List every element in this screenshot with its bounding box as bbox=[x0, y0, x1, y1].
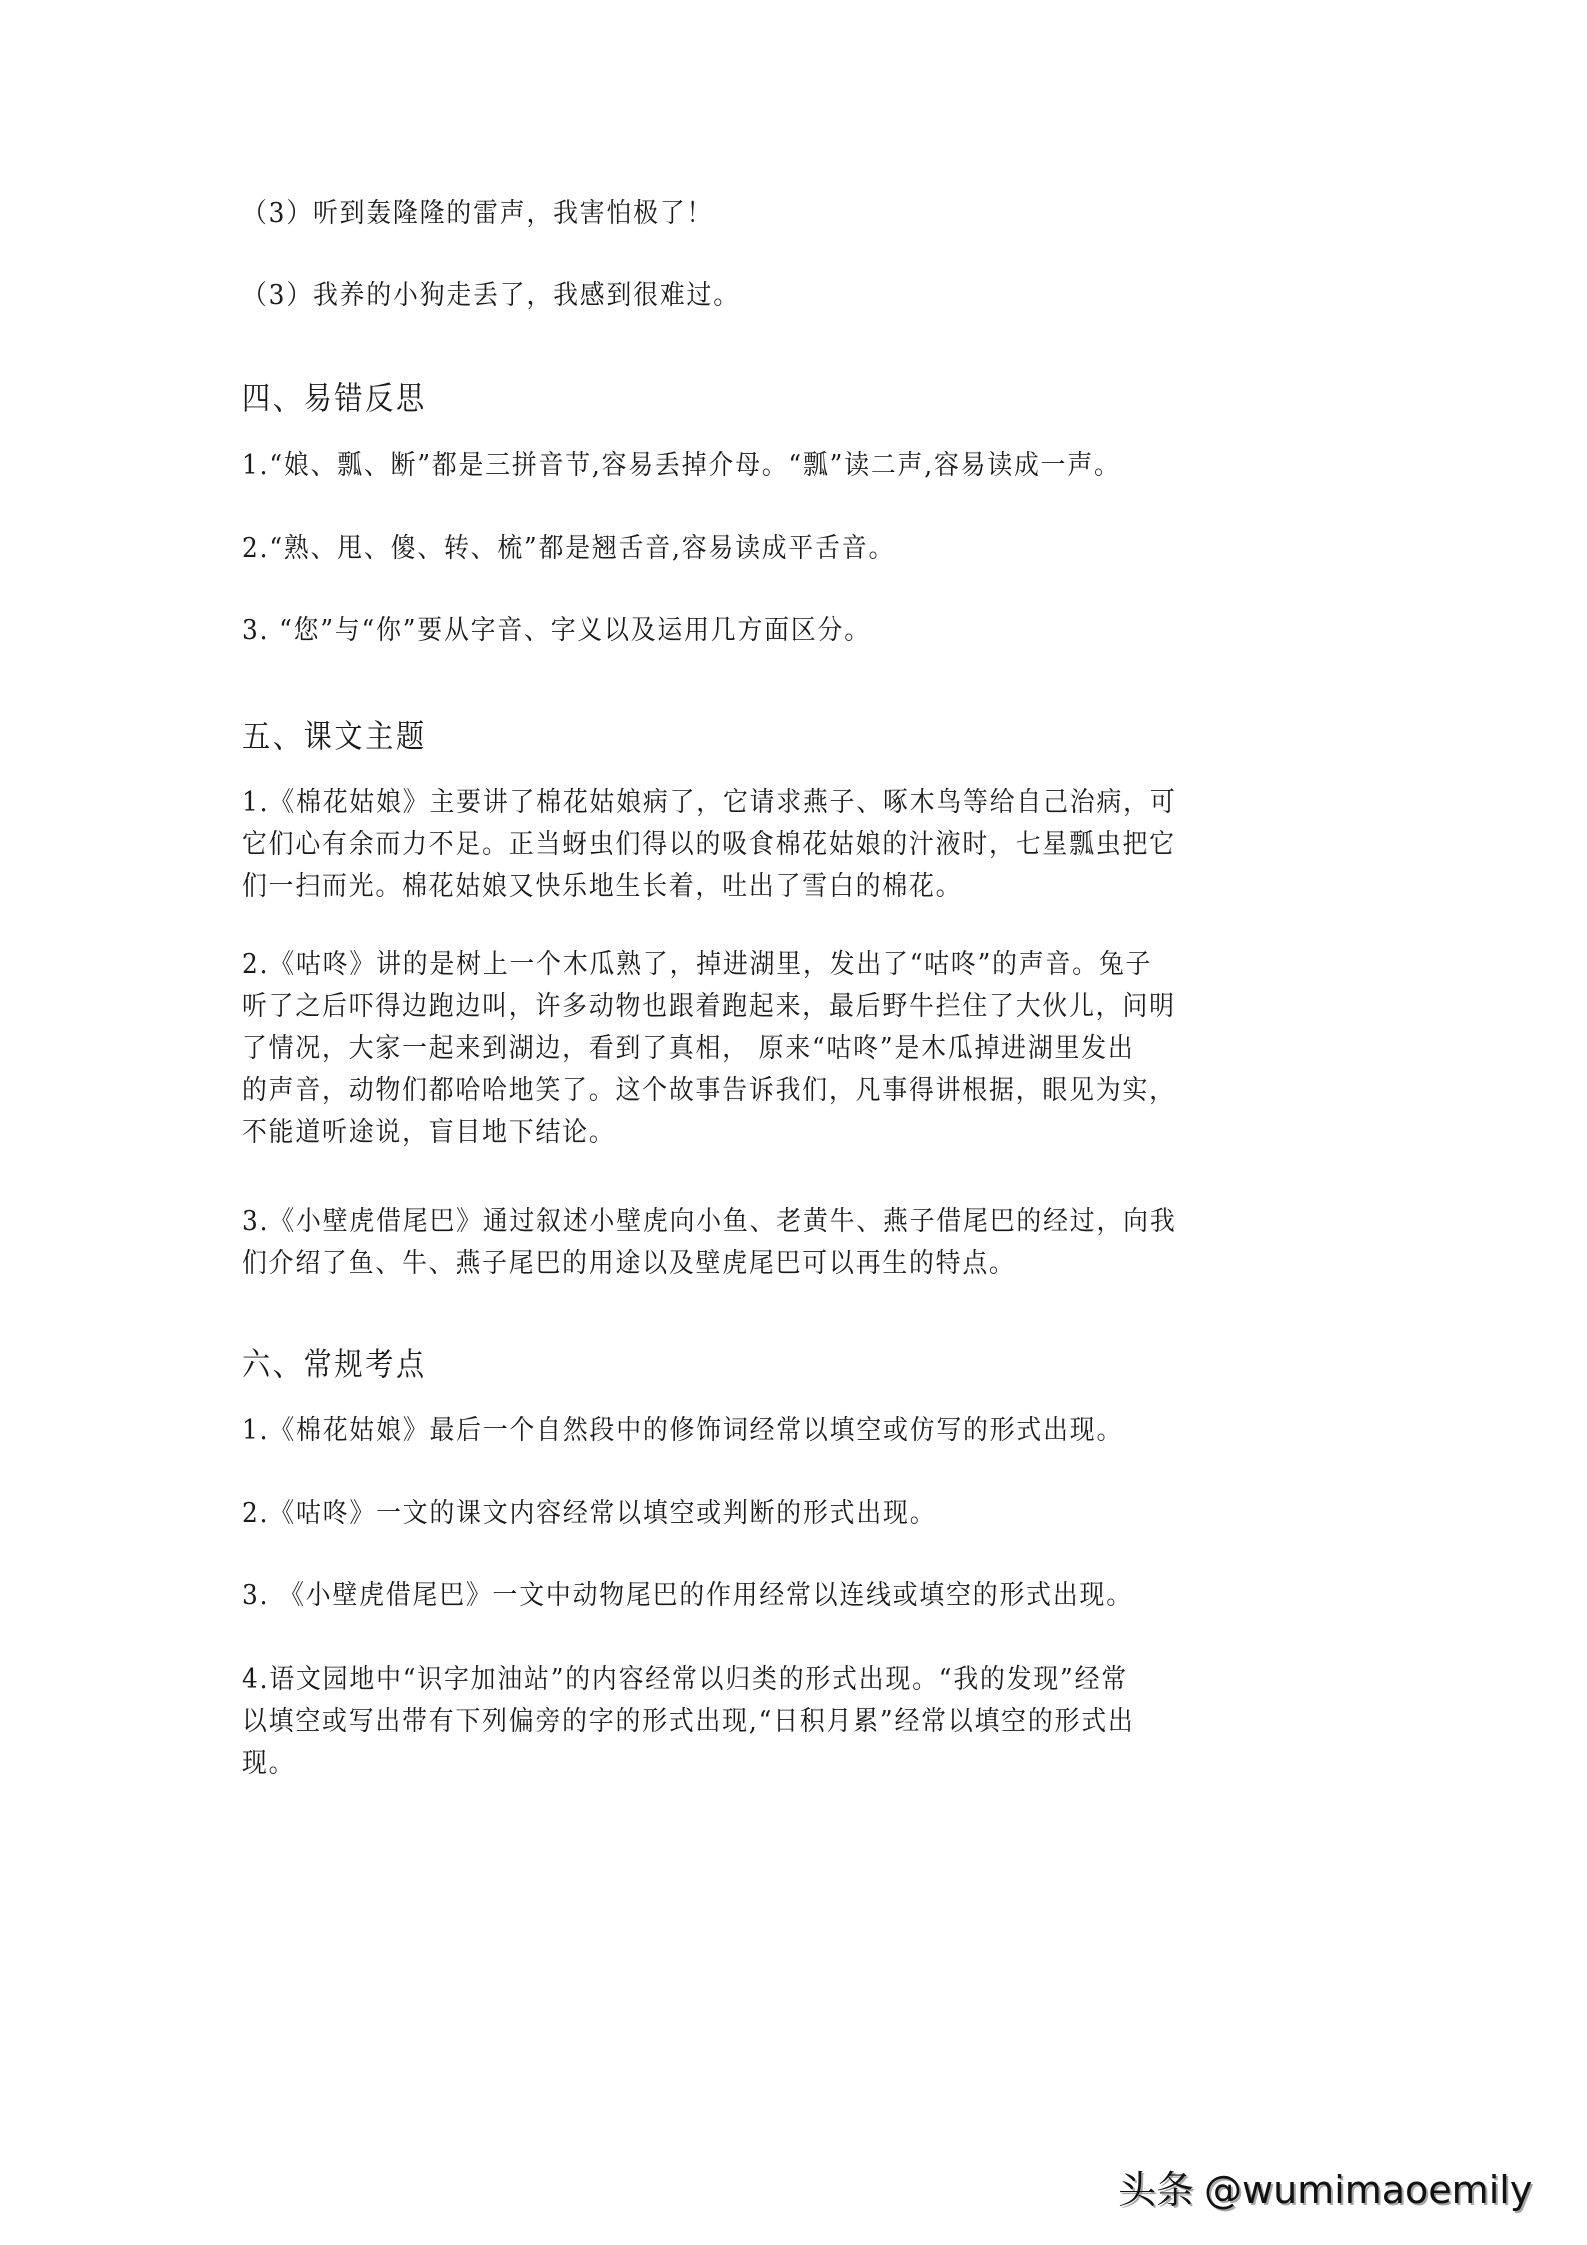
paragraph-line: 它们心有余而力不足。正当蚜虫们得以的吸食棉花姑娘的汁液时，七星瓢虫把它 bbox=[242, 824, 1263, 866]
exam-point-paragraph-garden: 4.语文园地中“识字加油站”的内容经常以归类的形式出现。“我的发现”经常 以填空… bbox=[242, 1659, 1352, 1785]
paragraph-line: 1.《棉花姑娘》主要讲了棉花姑娘病了，它请求燕子、啄木鸟等给自己治病，可 bbox=[242, 782, 1263, 824]
paragraph-line: 不能道听途说，盲目地下结论。 bbox=[242, 1112, 1263, 1154]
continued-item: （3）我养的小狗走丢了，我感到很难过。 bbox=[242, 280, 740, 312]
list-item: 2.“熟、甩、傻、转、梳”都是翘舌音,容易读成平舌音。 bbox=[242, 533, 895, 565]
section-heading-errors: 四、易错反思 bbox=[242, 378, 427, 418]
list-item: 3. “您”与“你”要从字音、字义以及运用几方面区分。 bbox=[242, 615, 871, 647]
list-item: 3. 《小壁虎借尾巴》一文中动物尾巴的作用经常以连线或填空的形式出现。 bbox=[242, 1580, 1133, 1612]
list-item: 1.“娘、瓢、断”都是三拼音节,容易丢掉介母。“瓢”读二声,容易读成一声。 bbox=[242, 450, 1121, 482]
paragraph-line: 现。 bbox=[242, 1743, 1263, 1785]
paragraph-line: 们一扫而光。棉花姑娘又快乐地生长着，吐出了雪白的棉花。 bbox=[242, 866, 1263, 908]
watermark-handle: @wumimaoemily bbox=[1204, 2168, 1532, 2212]
paragraph-line: 以填空或写出带有下列偏旁的字的形式出现,“日积月累”经常以填空的形式出 bbox=[242, 1701, 1263, 1743]
list-item: 1.《棉花姑娘》最后一个自然段中的修饰词经常以填空或仿写的形式出现。 bbox=[242, 1415, 1123, 1447]
watermark: 头条@wumimaoemily bbox=[1118, 2167, 1532, 2213]
paragraph-line: 们介绍了鱼、牛、燕子尾巴的用途以及壁虎尾巴可以再生的特点。 bbox=[242, 1243, 1263, 1285]
watermark-brand: 头条 bbox=[1118, 2168, 1194, 2212]
section-heading-themes: 五、课文主题 bbox=[242, 716, 427, 756]
paragraph-line: 的声音，动物们都哈哈地笑了。这个故事告诉我们，凡事得讲根据，眼见为实， bbox=[242, 1070, 1263, 1112]
theme-paragraph-gecko: 3.《小壁虎借尾巴》通过叙述小壁虎向小鱼、老黄牛、燕子借尾巴的经过，向我 们介绍… bbox=[242, 1201, 1352, 1285]
paragraph-line: 2.《咕咚》讲的是树上一个木瓜熟了，掉进湖里，发出了“咕咚”的声音。兔子 bbox=[242, 944, 1263, 986]
paragraph-line: 3.《小壁虎借尾巴》通过叙述小壁虎向小鱼、老黄牛、燕子借尾巴的经过，向我 bbox=[242, 1201, 1263, 1243]
theme-paragraph-gudong: 2.《咕咚》讲的是树上一个木瓜熟了，掉进湖里，发出了“咕咚”的声音。兔子 听了之… bbox=[242, 944, 1352, 1154]
theme-paragraph-cotton: 1.《棉花姑娘》主要讲了棉花姑娘病了，它请求燕子、啄木鸟等给自己治病，可 它们心… bbox=[242, 782, 1352, 908]
document-page: （3）听到轰隆隆的雷声，我害怕极了！ （3）我养的小狗走丢了，我感到很难过。 四… bbox=[0, 0, 1587, 2245]
list-item: 2.《咕咚》一文的课文内容经常以填空或判断的形式出现。 bbox=[242, 1498, 936, 1530]
paragraph-line: 听了之后吓得边跑边叫，许多动物也跟着跑起来，最后野牛拦住了大伙儿，问明 bbox=[242, 986, 1263, 1028]
paragraph-line: 4.语文园地中“识字加油站”的内容经常以归类的形式出现。“我的发现”经常 bbox=[242, 1659, 1263, 1701]
section-heading-exam-points: 六、常规考点 bbox=[242, 1344, 427, 1384]
continued-item: （3）听到轰隆隆的雷声，我害怕极了！ bbox=[242, 198, 713, 230]
paragraph-line: 了情况，大家一起来到湖边，看到了真相， 原来“咕咚”是木瓜掉进湖里发出 bbox=[242, 1028, 1263, 1070]
